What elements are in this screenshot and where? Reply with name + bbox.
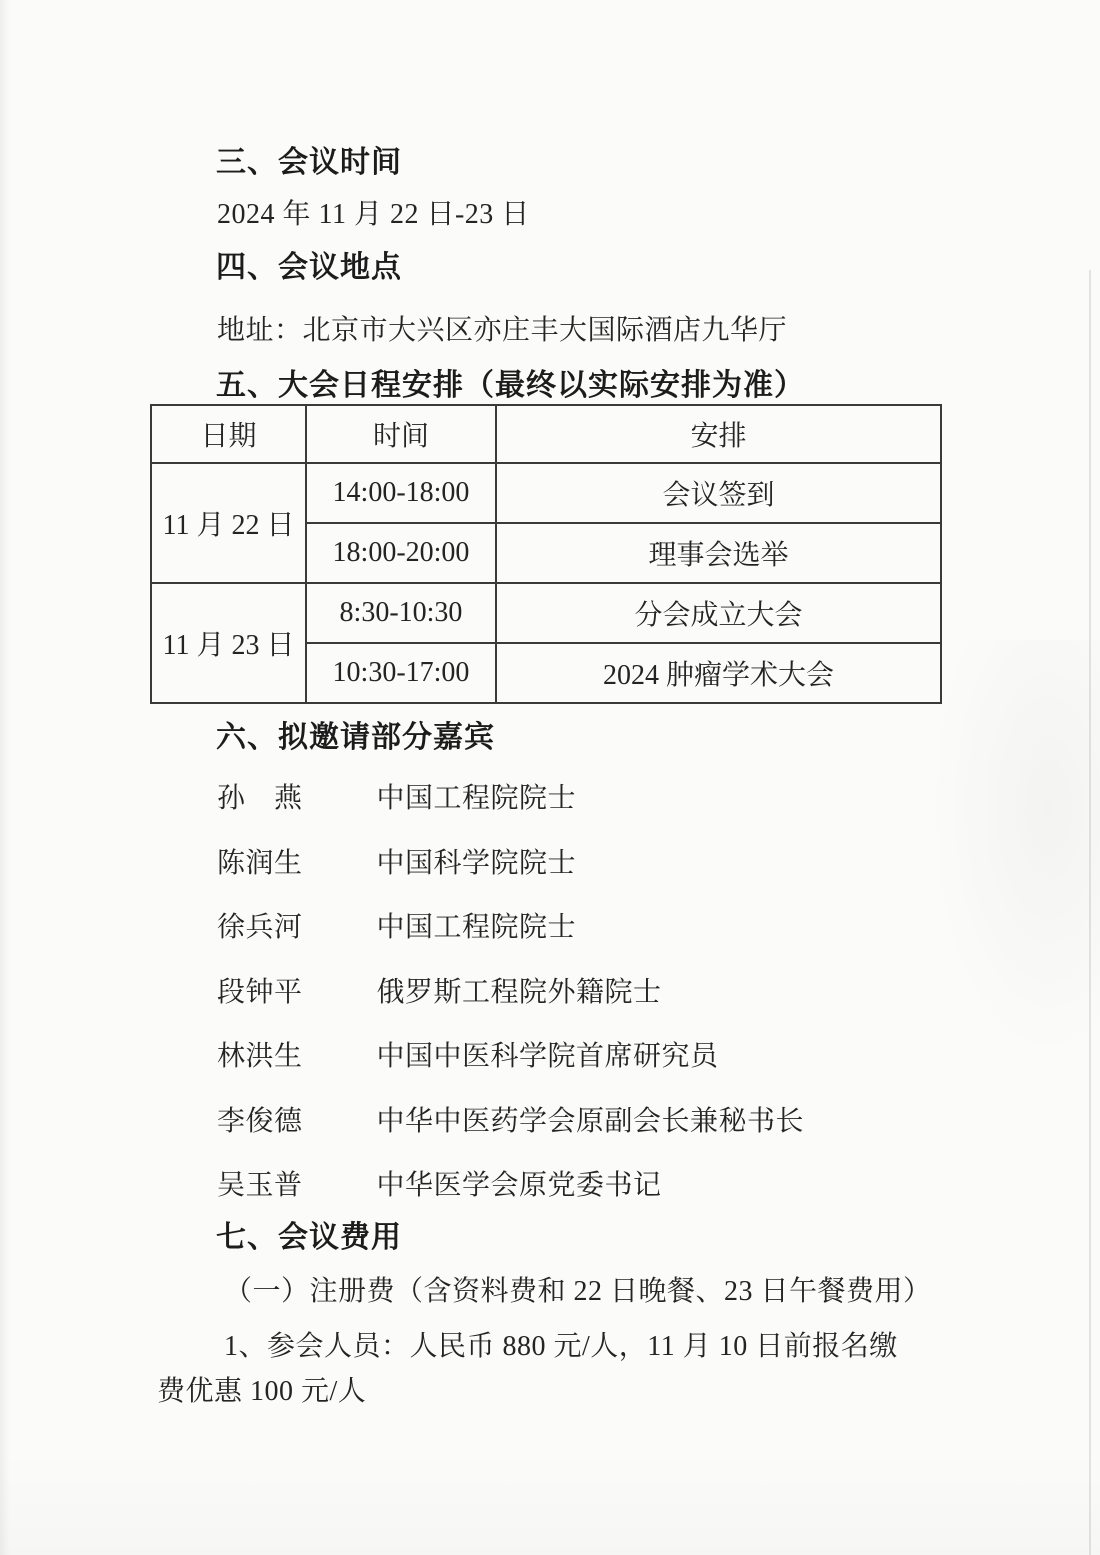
- guest-row: 孙 燕 中国工程院院士: [217, 783, 576, 815]
- scanned-document-page: 三、会议时间 2024 年 11 月 22 日-23 日 四、会议地点 地址：北…: [0, 0, 1100, 1555]
- fee-participant-text: 1、参会人员：人民币 880 元/人，11 月 10 日前报名缴: [224, 1331, 898, 1363]
- section-heading-schedule: 五、大会日程安排（最终以实际安排为准）: [216, 369, 805, 404]
- guest-name: 徐兵河: [217, 912, 369, 944]
- schedule-time-cell: 18:00-20:00: [306, 523, 496, 583]
- scan-shade-artifact: [930, 640, 1100, 1060]
- schedule-col-header-date: 日期: [151, 405, 306, 463]
- guest-row: 李俊德 中华中医药学会原副会长兼秘书长: [217, 1106, 804, 1138]
- schedule-col-header-time: 时间: [306, 405, 496, 463]
- fee-registration-text: （一）注册费（含资料费和 22 日晚餐、23 日午餐费用）: [224, 1276, 932, 1308]
- section-heading-meeting-location: 四、会议地点: [216, 251, 402, 286]
- schedule-event-cell: 理事会选举: [496, 523, 941, 583]
- schedule-time-cell: 10:30-17:00: [306, 643, 496, 703]
- guest-title: 中国中医科学院首席研究员: [377, 1041, 719, 1073]
- guest-row: 徐兵河 中国工程院院士: [217, 912, 576, 944]
- schedule-event-cell: 2024 肿瘤学术大会: [496, 643, 941, 703]
- guest-title: 中华医学会原党委书记: [377, 1170, 662, 1202]
- schedule-event-cell: 会议签到: [496, 463, 941, 523]
- fee-discount-text: 费优惠 100 元/人: [157, 1376, 366, 1408]
- guest-name: 孙 燕: [217, 783, 369, 815]
- guest-name: 陈润生: [217, 848, 369, 880]
- scan-line-artifact: [1089, 270, 1091, 1555]
- schedule-time-cell: 14:00-18:00: [306, 463, 496, 523]
- guest-row: 陈润生 中国科学院院士: [217, 848, 576, 880]
- guest-row: 吴玉普 中华医学会原党委书记: [217, 1170, 662, 1202]
- schedule-table: 日期 时间 安排 11 月 22 日 14:00-18:00 会议签到 18:0…: [150, 404, 942, 704]
- guest-row: 段钟平 俄罗斯工程院外籍院士: [217, 977, 662, 1009]
- schedule-col-header-event: 安排: [496, 405, 941, 463]
- schedule-date-cell: 11 月 23 日: [151, 583, 306, 703]
- schedule-time-cell: 8:30-10:30: [306, 583, 496, 643]
- guest-title: 俄罗斯工程院外籍院士: [377, 977, 662, 1009]
- guest-title: 中国工程院院士: [377, 783, 577, 815]
- section-heading-fees: 七、会议费用: [216, 1221, 402, 1256]
- guest-row: 林洪生 中国中医科学院首席研究员: [217, 1041, 719, 1073]
- schedule-event-cell: 分会成立大会: [496, 583, 941, 643]
- section-heading-guests: 六、拟邀请部分嘉宾: [216, 721, 495, 756]
- meeting-address-text: 地址：北京市大兴区亦庄丰大国际酒店九华厅: [217, 315, 787, 347]
- guest-title: 中国工程院院士: [377, 912, 577, 944]
- guest-name: 段钟平: [217, 977, 369, 1009]
- schedule-date-cell: 11 月 22 日: [151, 463, 306, 583]
- guest-name: 林洪生: [217, 1041, 369, 1073]
- meeting-date-text: 2024 年 11 月 22 日-23 日: [217, 199, 530, 231]
- scan-edge-artifact: [0, 0, 10, 1555]
- guest-title: 中华中医药学会原副会长兼秘书长: [377, 1106, 805, 1138]
- guest-title: 中国科学院院士: [377, 848, 577, 880]
- guest-name: 吴玉普: [217, 1170, 369, 1202]
- section-heading-meeting-time: 三、会议时间: [216, 146, 402, 181]
- scan-shade-bottom-artifact: [0, 1450, 1100, 1555]
- guest-name: 李俊德: [217, 1106, 369, 1138]
